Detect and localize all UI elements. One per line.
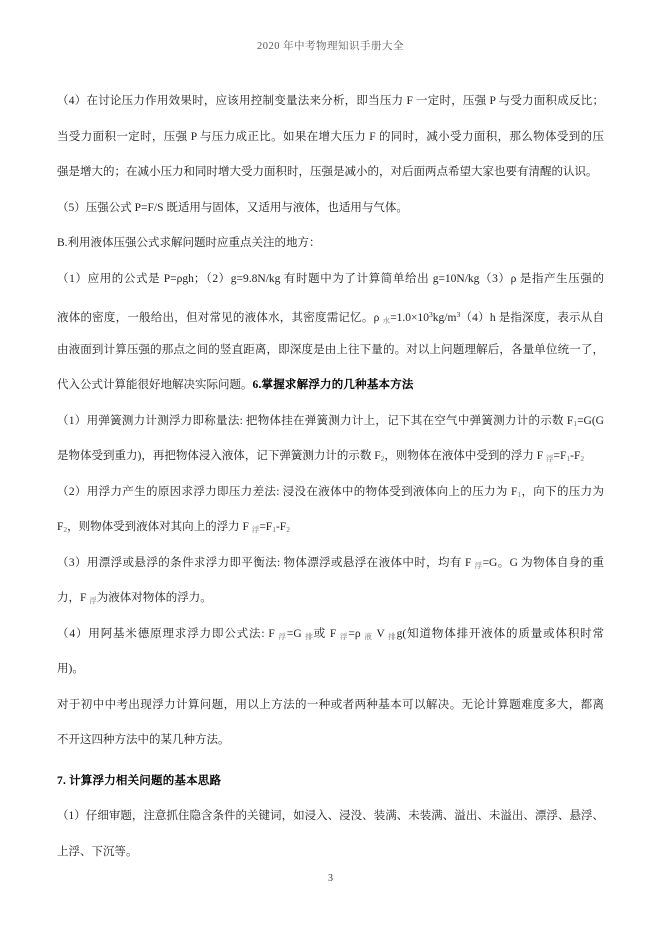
text-line: （1）用弹簧测力计测浮力即称量法: 把物体挂在弹簧测力计上，记下其在空气中弹簧测… [57,404,604,440]
paragraph: （1）应用的公式是 P=ρgh；（2）g=9.8N/kg 有时题中为了计算简单给… [57,262,604,404]
document-page: 2020 年中考物理知识手册大全 （4）在讨论压力作用效果时，应该用控制变量法来… [0,0,661,936]
text-line: （4）在讨论压力作用效果时，应该用控制变量法来分析，即当压力 F 一定时，压强 … [57,84,604,120]
text-line: （4）用阿基米德原理求浮力即公式法: F 浮=G 排或 F 浮=ρ 液 V 排g… [57,617,604,653]
text-line: （3）用漂浮或悬浮的条件求浮力即平衡法: 物体漂浮或悬浮在液体中时，均有 F 浮… [57,546,604,582]
paragraph: B.利用液体压强公式求解问题时应重点关注的地方： [57,226,604,262]
text-line: 7. 计算浮力相关问题的基本思路 [57,764,604,800]
text-line: （1）应用的公式是 P=ρgh；（2）g=9.8N/kg 有时题中为了计算简单给… [57,262,604,298]
page-number: 3 [0,873,661,884]
text-line: 用)。 [57,652,604,688]
paragraph: （4）在讨论压力作用效果时，应该用控制变量法来分析，即当压力 F 一定时，压强 … [57,84,604,191]
text-line: B.利用液体压强公式求解问题时应重点关注的地方： [57,226,604,262]
text-line: （1）仔细审题，注意抓住隐含条件的关键词，如浸入、浸没、装满、未装满、溢出、未溢… [57,799,604,835]
text-line: F2，则物体受到液体对其向上的浮力 F 浮=F1-F2 [57,510,604,546]
paragraph: （1）仔细审题，注意抓住隐含条件的关键词，如浸入、浸没、装满、未装满、溢出、未溢… [57,799,604,870]
text-line: （2）用浮力产生的原因求浮力即压力差法: 浸没在液体中的物体受到液体向上的压力为… [57,475,604,511]
text-line: 当受力面积一定时，压强 P 与压力成正比。如果在增大压力 F 的同时，减小受力面… [57,120,604,156]
text-line: 不开这四种方法中的某几种方法。 [57,723,604,759]
text-line: 是物体受到重力)，再把物体浸入液体，记下弹簧测力计的示数 F2，则物体在液体中受… [57,439,604,475]
document-body: （4）在讨论压力作用效果时，应该用控制变量法来分析，即当压力 F 一定时，压强 … [57,84,604,870]
document-header-title: 2020 年中考物理知识手册大全 [0,0,661,53]
paragraph: 对于初中中考出现浮力计算问题，用以上方法的一种或者两种基本可以解决。无论计算题难… [57,688,604,759]
paragraph: 7. 计算浮力相关问题的基本思路 [57,764,604,800]
paragraph: （3）用漂浮或悬浮的条件求浮力即平衡法: 物体漂浮或悬浮在液体中时，均有 F 浮… [57,546,604,617]
text-line: 代入公式计算能很好地解决实际问题。6.掌握求解浮力的几种基本方法 [57,368,604,404]
text-line: 对于初中中考出现浮力计算问题，用以上方法的一种或者两种基本可以解决。无论计算题难… [57,688,604,724]
paragraph: （1）用弹簧测力计测浮力即称量法: 把物体挂在弹簧测力计上，记下其在空气中弹簧测… [57,404,604,475]
text-line: 强是增大的；在减小压力和同时增大受力面积时，压强是减小的，对后面两点希望大家也要… [57,155,604,191]
text-line: （5）压强公式 P=F/S 既适用与固体，又适用与液体，也适用与气体。 [57,191,604,227]
text-line: 由液面到计算压强的那点之间的竖直距离，即深度是由上往下量的。对以上问题理解后，各… [57,333,604,369]
text-line: 上浮、下沉等。 [57,835,604,871]
text-line: 液体的密度，一般给出，但对常见的液体水，其密度需记忆。ρ 水=1.0×103kg… [57,297,604,333]
paragraph: （4）用阿基米德原理求浮力即公式法: F 浮=G 排或 F 浮=ρ 液 V 排g… [57,617,604,688]
text-line: 力，F 浮为液体对物体的浮力。 [57,581,604,617]
paragraph: （2）用浮力产生的原因求浮力即压力差法: 浸没在液体中的物体受到液体向上的压力为… [57,475,604,546]
paragraph: （5）压强公式 P=F/S 既适用与固体，又适用与液体，也适用与气体。 [57,191,604,227]
